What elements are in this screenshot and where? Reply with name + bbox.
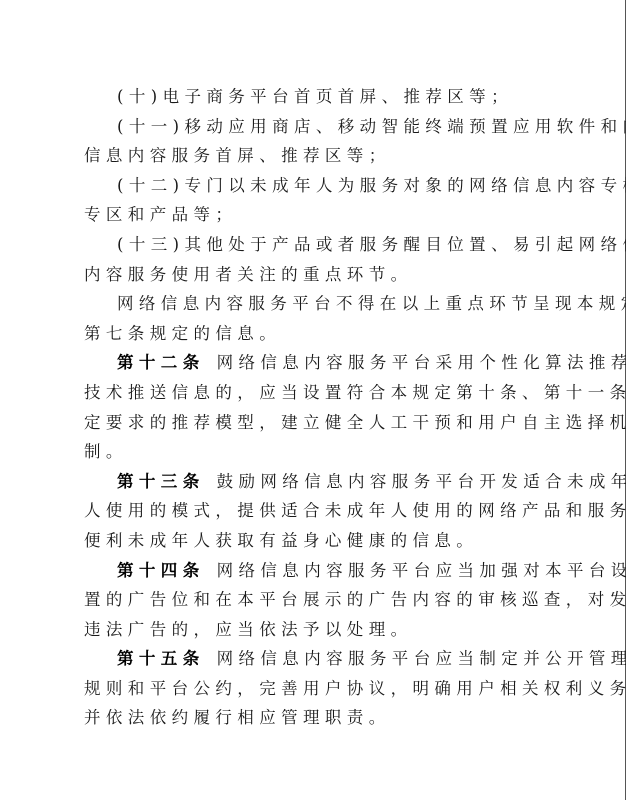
article-12-line-3: 定要求的推荐模型，建立健全人工干预和用户自主选择机 — [84, 408, 554, 438]
article-15-line-2: 规则和平台公约，完善用户协议，明确用户相关权利义务， — [84, 674, 554, 704]
paragraph-item-13-line-2: 内容服务使用者关注的重点环节。 — [84, 260, 554, 290]
article-14-heading: 第十四条 — [117, 561, 205, 580]
article-14-line-2: 置的广告位和在本平台展示的广告内容的审核巡查，对发布 — [84, 585, 554, 615]
article-15-heading: 第十五条 — [117, 649, 205, 668]
article-12-heading: 第十二条 — [117, 353, 205, 372]
paragraph-item-10-line-1: (十)电子商务平台首页首屏、推荐区等； — [84, 82, 554, 112]
paragraph-item-11-line-1: (十一)移动应用商店、移动智能终端预置应用软件和内置 — [84, 112, 554, 142]
article-14-text: 网络信息内容服务平台应当加强对本平台设 — [217, 561, 626, 580]
article-13-line-1: 第十三条鼓励网络信息内容服务平台开发适合未成年 — [84, 467, 554, 497]
article-13-line-3: 便利未成年人获取有益身心健康的信息。 — [84, 526, 554, 556]
document-body: (十)电子商务平台首页首屏、推荐区等； (十一)移动应用商店、移动智能终端预置应… — [84, 82, 554, 733]
paragraph-item-13-line-1: (十三)其他处于产品或者服务醒目位置、易引起网络信息 — [84, 230, 554, 260]
article-12-line-2: 技术推送信息的，应当设置符合本规定第十条、第十一条规 — [84, 378, 554, 408]
document-page: (十)电子商务平台首页首屏、推荐区等； (十一)移动应用商店、移动智能终端预置应… — [0, 0, 626, 800]
paragraph-prohibition-line-2: 第七条规定的信息。 — [84, 319, 554, 349]
article-15-line-1: 第十五条网络信息内容服务平台应当制定并公开管理 — [84, 644, 554, 674]
article-12-text: 网络信息内容服务平台采用个性化算法推荐 — [217, 353, 626, 372]
article-15-line-3: 并依法依约履行相应管理职责。 — [84, 703, 554, 733]
article-14-line-1: 第十四条网络信息内容服务平台应当加强对本平台设 — [84, 556, 554, 586]
article-13-text: 鼓励网络信息内容服务平台开发适合未成年 — [217, 472, 626, 491]
article-12-line-4: 制。 — [84, 437, 554, 467]
paragraph-prohibition-line-1: 网络信息内容服务平台不得在以上重点环节呈现本规定 — [84, 289, 554, 319]
article-12-line-1: 第十二条网络信息内容服务平台采用个性化算法推荐 — [84, 348, 554, 378]
article-15-text: 网络信息内容服务平台应当制定并公开管理 — [217, 649, 626, 668]
paragraph-item-11-line-2: 信息内容服务首屏、推荐区等； — [84, 141, 554, 171]
article-13-line-2: 人使用的模式，提供适合未成年人使用的网络产品和服务， — [84, 496, 554, 526]
article-13-heading: 第十三条 — [117, 472, 205, 491]
article-14-line-3: 违法广告的，应当依法予以处理。 — [84, 615, 554, 645]
paragraph-item-12-line-1: (十二)专门以未成年人为服务对象的网络信息内容专栏、 — [84, 171, 554, 201]
paragraph-item-12-line-2: 专区和产品等； — [84, 200, 554, 230]
